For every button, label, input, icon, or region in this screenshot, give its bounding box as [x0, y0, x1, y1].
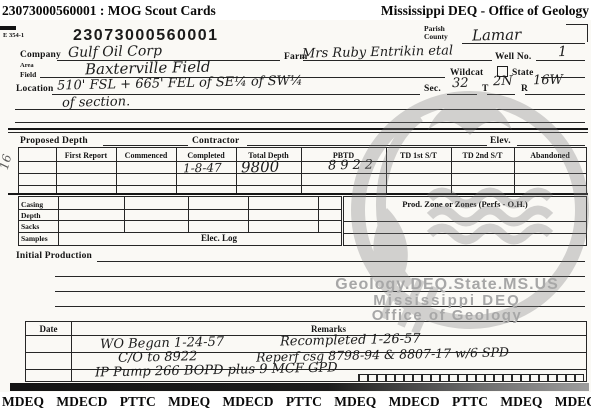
perforated-edge	[358, 374, 584, 381]
proposed-depth-underline	[103, 145, 188, 146]
casing-table: Casing Depth Sacks Samples Elec. Log	[18, 196, 342, 246]
farm-value: Mrs Ruby Entrikin etal	[302, 43, 453, 61]
page-header-agency: Mississippi DEQ - Office of Geology	[381, 3, 589, 19]
company-label: Company	[20, 50, 61, 60]
field-label: Field	[20, 70, 36, 79]
well-no-underline	[536, 60, 585, 61]
county-label: County	[424, 32, 448, 41]
area-label: Area	[20, 62, 34, 69]
total-depth-value: 9800	[241, 158, 280, 177]
elec-log-label: Elec. Log	[159, 233, 279, 243]
corner-bracket-top	[566, 24, 588, 25]
scan-edge-bar	[10, 383, 589, 391]
farm-underline	[303, 60, 492, 61]
col-completed: Completed	[176, 151, 236, 160]
col-commenced: Commenced	[116, 151, 176, 160]
casing-label: Casing	[21, 200, 43, 209]
well-no-label: Well No.	[495, 52, 531, 62]
state-label: State	[512, 68, 534, 78]
col-first-report: First Report	[56, 151, 116, 160]
contractor-label: Contractor	[192, 136, 239, 146]
date-header: Date	[26, 324, 71, 334]
proposed-depth-label: Proposed Depth	[20, 136, 88, 146]
watermark-office: Office of Geology	[322, 307, 572, 324]
corner-bracket-side	[587, 24, 588, 42]
location-label: Location	[16, 84, 54, 94]
samples-label: Samples	[21, 234, 48, 243]
scout-card-page: 23073000560001 : MOG Scout Cards Mississ…	[0, 0, 591, 411]
depth-label: Depth	[21, 211, 41, 220]
completed-value: 1-8-47	[183, 161, 222, 176]
page-footer-sequence: MDEQ MDECD PTTC MDEQ MDECD PTTC MDEQ MDE…	[2, 394, 591, 410]
sacks-label: Sacks	[21, 222, 39, 231]
scan-mark	[0, 26, 16, 30]
initial-production-label: Initial Production	[16, 251, 92, 261]
api-number-stamp: 23073000560001	[73, 27, 219, 45]
well-no-value: 1	[558, 44, 567, 60]
form-code: E 354-1	[3, 32, 24, 39]
page-header-title: 23073000560001 : MOG Scout Cards	[2, 3, 216, 19]
county-value: Lamar	[472, 25, 522, 44]
